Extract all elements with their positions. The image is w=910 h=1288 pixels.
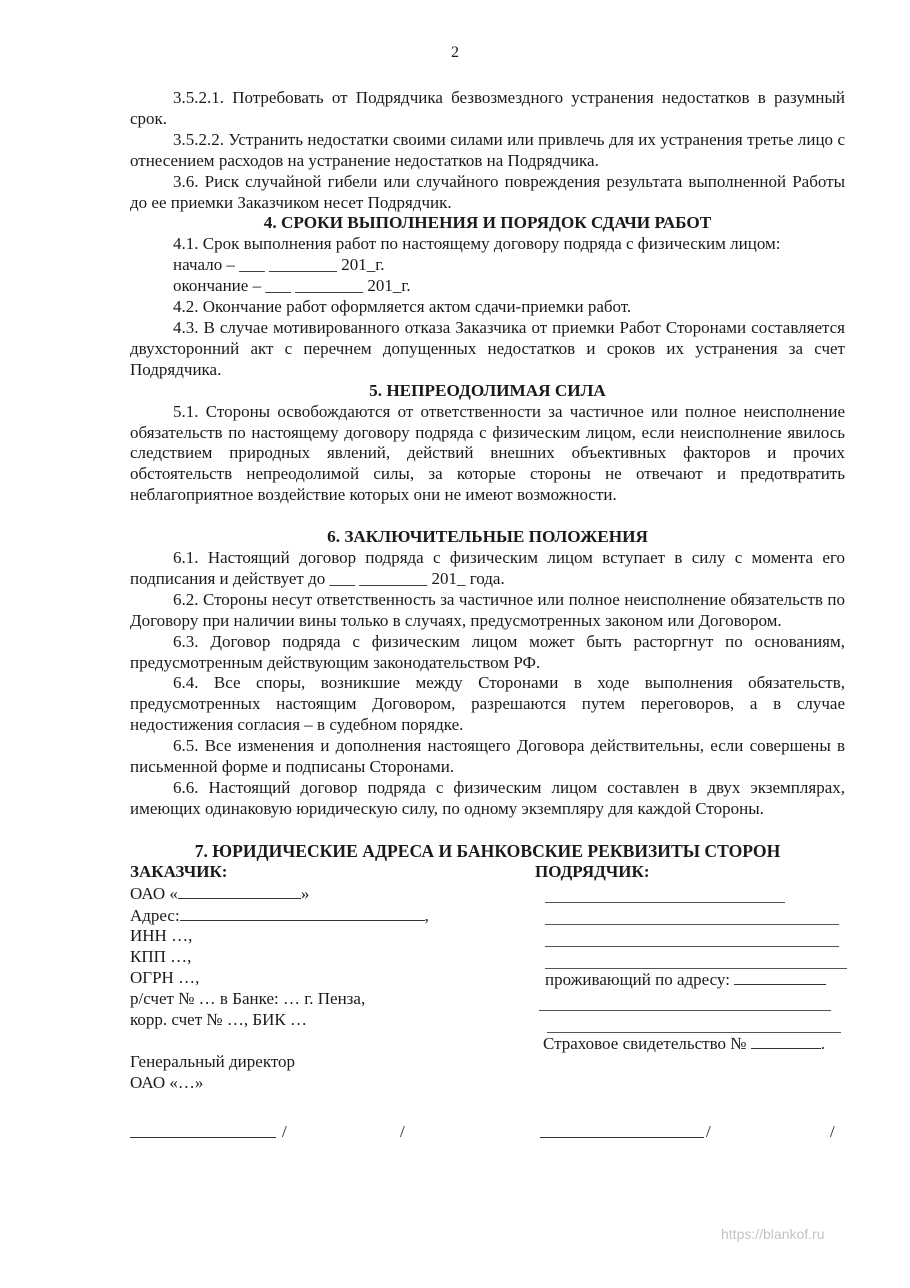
contractor-heading: ПОДРЯДЧИК: [535,862,845,883]
customer-account: р/счет № … в Банке: … г. Пенза, [130,989,535,1010]
signer-title: Генеральный директор [130,1052,535,1073]
residing-blank [734,969,826,985]
customer-kpp: КПП …, [130,947,535,968]
section-4-title: 4. СРОКИ ВЫПОЛНЕНИЯ И ПОРЯДОК СДАЧИ РАБО… [130,213,845,234]
slash: / [282,1122,287,1142]
clause-4-1: 4.1. Срок выполнения работ по настоящему… [130,234,845,255]
section-7-title: 7. ЮРИДИЧЕСКИЕ АДРЕСА И БАНКОВСКИЕ РЕКВИ… [130,841,845,862]
clause-6-3: 6.3. Договор подряда с физическим лицом … [130,632,845,674]
company-prefix: ОАО « [130,884,178,903]
contractor-name-blank [545,883,785,903]
contractor-line-blank [545,949,847,969]
signature-row: / / / / [130,1122,845,1144]
clause-6-4: 6.4. Все споры, возникшие между Сторонам… [130,673,845,736]
insurance-blank [751,1033,821,1049]
contractor-residing: проживающий по адресу: [535,969,845,991]
contractor-signature-blank [540,1122,704,1138]
clause-4-2: 4.2. Окончание работ оформляется актом с… [130,297,845,318]
slash: / [400,1122,405,1142]
clause-3-6: 3.6. Риск случайной гибели или случайног… [130,172,845,214]
section-5-title: 5. НЕПРЕОДОЛИМАЯ СИЛА [130,381,845,402]
customer-block: ЗАКАЗЧИК: ОАО «» Адрес:, ИНН …, КПП …, О… [130,862,535,1094]
signer-company: ОАО «…» [130,1073,535,1094]
clause-4-3: 4.3. В случае мотивированного отказа Зак… [130,318,845,381]
contractor-address-blank [547,1013,841,1033]
contractor-line-blank [545,905,839,925]
address-suffix: , [425,906,429,925]
customer-company: ОАО «» [130,883,535,905]
spacer [130,820,845,841]
start-date: начало – ___ ________ 201_г. [130,255,845,276]
customer-address: Адрес:, [130,905,535,927]
company-name-blank [178,883,301,899]
contractor-block: ПОДРЯДЧИК: проживающий по адресу: Страхо… [535,862,845,1094]
section-6-title: 6. ЗАКЛЮЧИТЕЛЬНЫЕ ПОЛОЖЕНИЯ [130,527,845,548]
clause-5-1: 5.1. Стороны освобождаются от ответствен… [130,402,845,507]
page-number: 2 [0,44,910,62]
company-suffix: » [301,884,310,903]
address-blank [180,905,425,921]
contractor-address-blank [539,991,831,1011]
clause-3-5-2-2: 3.5.2.2. Устранить недостатки своими сил… [130,130,845,172]
customer-heading: ЗАКАЗЧИК: [130,862,535,883]
slash: / [706,1122,711,1142]
customer-ogrn: ОГРН …, [130,968,535,989]
spacer [130,1031,535,1052]
end-date: окончание – ___ ________ 201_г. [130,276,845,297]
clause-6-5: 6.5. Все изменения и дополнения настояще… [130,736,845,778]
spacer [130,506,845,527]
contractor-line-blank [545,927,839,947]
customer-corr-account: корр. счет № …, БИК … [130,1010,535,1031]
clause-3-5-2-1: 3.5.2.1. Потребовать от Подрядчика безво… [130,88,845,130]
slash: / [830,1122,835,1142]
insurance-label: Страховое свидетельство № [543,1034,747,1053]
residing-label: проживающий по адресу: [545,970,730,989]
clause-6-1: 6.1. Настоящий договор подряда с физичес… [130,548,845,590]
contractor-insurance: Страховое свидетельство № . [535,1033,845,1055]
clause-6-2: 6.2. Стороны несут ответственность за ча… [130,590,845,632]
clause-6-6: 6.6. Настоящий договор подряда с физичес… [130,778,845,820]
customer-signature-blank [130,1122,276,1138]
document-body: 3.5.2.1. Потребовать от Подрядчика безво… [130,88,845,1094]
customer-inn: ИНН …, [130,926,535,947]
parties-requisites: ЗАКАЗЧИК: ОАО «» Адрес:, ИНН …, КПП …, О… [130,862,845,1094]
address-label: Адрес: [130,906,180,925]
insurance-suffix: . [821,1034,825,1053]
watermark-link[interactable]: https://blankof.ru [721,1226,825,1242]
